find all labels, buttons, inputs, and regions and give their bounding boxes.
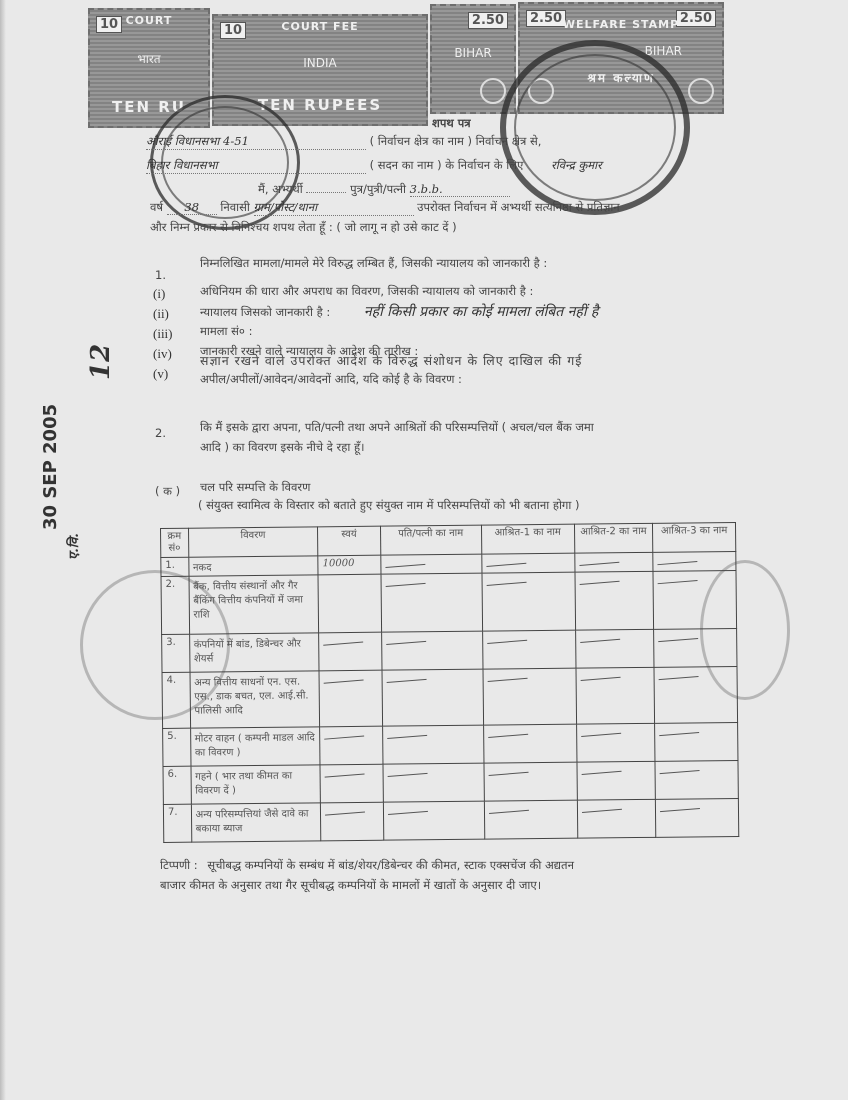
col-header-description: विवरण (188, 527, 318, 557)
cell-sn: 7. (163, 804, 191, 842)
header-line-1: औराई विधानसभा 4-51 ( निर्वाचन क्षेत्र का… (146, 134, 541, 150)
form-title: शपथ पत्र (432, 116, 471, 131)
court-label: न्यायालय जिसको जानकारी है : (200, 305, 330, 319)
constituency-label: ( निर्वाचन क्षेत्र का नाम ) निर्वाचन क्ष… (370, 134, 542, 148)
cell-dependent-3 (656, 798, 739, 837)
cell-dependent-2 (575, 571, 654, 630)
movable-assets-table: क्रम सं० विवरण स्वयं पति/पत्नी का नाम आश… (160, 522, 739, 843)
cell-dependent-3 (653, 570, 736, 629)
cell-sn: 6. (163, 766, 191, 804)
stamp-denomination: 2.50 (468, 12, 508, 29)
page-edge (0, 0, 6, 1100)
cell-dependent-2 (577, 761, 656, 800)
item-text: सज्ञान रखने वाले उपरोक्त आदेश के विरुद्ध… (200, 352, 582, 369)
cell-sn: 3. (162, 634, 190, 672)
cell-dependent-2 (576, 723, 655, 762)
cell-dependent-1 (484, 762, 577, 801)
relation-handwritten: 3.b.b. (410, 182, 510, 197)
cell-dependent-1 (481, 553, 574, 573)
header-line-5: और निम्न प्रकार से विनिश्चय शपथ लेता हूँ… (150, 220, 457, 235)
cell-self (319, 670, 382, 727)
section1-intro: निम्नलिखित मामला/मामले मेरे विरुद्ध लम्ब… (200, 256, 547, 271)
table-row: 2. बैंक, वित्तीय संस्थानों और गैर बैंकिं… (161, 570, 737, 634)
cell-dependent-1 (483, 668, 577, 725)
note-line-1: टिप्पणी : सूचीबद्ध कम्पनियों के सम्बंध म… (160, 858, 574, 873)
note-label: टिप्पणी : (160, 858, 198, 872)
table-row: 4. अन्य वित्तीय साधनों एन. एस. एस., डाक … (162, 666, 738, 728)
cell-spouse (381, 573, 483, 632)
item-text: अधिनियम की धारा और अपराध का विवरण, जिसकी… (200, 284, 533, 299)
cell-description: मोटर वाहन ( कम्पनी माडल आदि का विवरण ) (190, 727, 320, 766)
cell-self (320, 764, 383, 803)
header-line-2: बिहार विधानसभा ( सदन का नाम ) के निर्वाच… (146, 158, 602, 174)
item-num: (i) (153, 286, 165, 302)
candidate-label: मैं, अभ्यर्थी (258, 182, 303, 196)
section-ka-title: चल परि सम्पत्ति के विवरण (200, 480, 310, 495)
note-line-2: बाजार कीमत के अनुसार तथा गैर सूचीबद्ध कम… (160, 878, 541, 893)
relation-label: पुत्र/पुत्री/पत्नी (350, 182, 406, 196)
cell-sn: 4. (162, 672, 190, 728)
cell-spouse (383, 763, 485, 802)
table-row: 5. मोटर वाहन ( कम्पनी माडल आदि का विवरण … (163, 722, 738, 766)
section-ka-subtitle: ( संयुक्त स्वामित्व के विस्तार को बताते … (198, 498, 580, 513)
cell-sn: 1. (161, 557, 189, 576)
rosette-icon (480, 78, 506, 104)
cell-description: बैंक, वित्तीय संस्थानों और गैर बैंकिंग व… (189, 575, 319, 634)
cell-dependent-3 (654, 628, 737, 667)
item-num: (iii) (153, 326, 173, 342)
cell-dependent-2 (577, 799, 656, 838)
cell-self (319, 632, 382, 671)
col-header-dependent-3: आश्रित-3 का नाम (653, 522, 736, 552)
age-label: वर्ष (150, 200, 163, 214)
cell-description: गहने ( भार तथा कीमत का विवरण दें ) (191, 765, 321, 804)
age-handwritten: 38 (167, 200, 217, 215)
cell-dependent-1 (484, 800, 577, 839)
item-num: (v) (153, 366, 168, 382)
item-text: न्यायालय जिसको जानकारी है : नहीं किसी प्… (200, 302, 598, 321)
house-handwritten: बिहार विधानसभा (146, 158, 366, 174)
cell-description: अन्य वित्तीय साधनों एन. एस. एस., डाक बचत… (190, 671, 320, 728)
stamp-middle-text: BIHAR (432, 46, 514, 60)
col-header-self: स्वयं (318, 526, 381, 556)
constituency-handwritten: औराई विधानसभा 4-51 (146, 134, 366, 150)
item-num: (iv) (153, 346, 172, 362)
col-header-spouse: पति/पत्नी का नाम (380, 525, 481, 555)
court-handwritten: नहीं किसी प्रकार का कोई मामला लंबित नहीं… (364, 304, 598, 320)
candidate-name-handwritten: रविन्द्र कुमार (551, 158, 602, 172)
stamp-top-text: COURT (90, 14, 208, 27)
cell-dependent-3 (654, 666, 737, 723)
house-label: ( सदन का नाम ) के निर्वाचन के लिए (370, 158, 524, 172)
cell-description: कंपनियों में बांड, डिबेन्चर और शेयर्स (189, 633, 319, 672)
col-header-dependent-2: आश्रित-2 का नाम (574, 523, 653, 553)
cell-self: 10000 (318, 555, 380, 575)
cell-dependent-1 (482, 630, 575, 669)
item-num: (ii) (153, 306, 169, 322)
handwritten-initial: ए.वि. (64, 533, 82, 560)
cell-spouse (380, 554, 481, 574)
section2-number: 2. (155, 426, 166, 440)
stamp-top-text: WELFARE STAMP (520, 18, 722, 31)
cell-dependent-1 (482, 572, 576, 631)
cell-dependent-2 (575, 629, 654, 668)
header-line-4: वर्ष 38 निवासी ग्राम/पोस्ट/थाना उपरोक्त … (150, 200, 620, 216)
section-ka-label: ( क ) (155, 484, 180, 499)
header-line-3: मैं, अभ्यर्थी पुत्र/पुत्री/पत्नी 3.b.b. (258, 182, 510, 197)
table-row: 7. अन्य परिसम्पत्तियां जैसे दावे का बकाय… (163, 798, 738, 842)
item-text: अपील/अपीलों/आवेदन/आवेदनों आदि, यदि कोई ह… (200, 372, 462, 387)
cell-dependent-2 (574, 552, 653, 572)
cell-spouse (382, 669, 484, 726)
cell-dependent-3 (655, 722, 738, 761)
stamp-top-text: COURT FEE (214, 20, 426, 33)
table-row: 6. गहने ( भार तथा कीमत का विवरण दें ) (163, 760, 738, 804)
section2-line2: आदि ) का विवरण इसके नीचे दे रहा हूँ। (200, 440, 364, 455)
cell-description: नकद (188, 556, 318, 576)
cell-dependent-1 (483, 724, 576, 763)
cell-dependent-3 (655, 760, 738, 799)
residence-handwritten: ग्राम/पोस्ट/थाना (254, 200, 414, 216)
stamp-middle-text: भारत (90, 50, 208, 67)
cell-self (321, 802, 384, 841)
stamp-middle-text: INDIA (214, 56, 426, 70)
section2-line1: कि मैं इसके द्वारा अपना, पति/पत्नी तथा अ… (200, 420, 594, 435)
cell-spouse (381, 631, 483, 670)
note-text-1: सूचीबद्ध कम्पनियों के सम्बंध में बांड/शे… (207, 858, 574, 872)
table-row: 3. कंपनियों में बांड, डिबेन्चर और शेयर्स (162, 628, 737, 672)
rosette-icon (688, 78, 714, 104)
received-date-stamp: 30 SEP 2005 (40, 404, 61, 530)
affirmation-label: उपरोक्त निर्वाचन में अभ्यर्थी सत्यनिष्ठा… (417, 200, 620, 214)
official-seal-right (500, 40, 690, 215)
item-text: मामला सं० : (200, 324, 252, 339)
cell-description: अन्य परिसम्पत्तियां जैसे दावे का बकाया ब… (191, 803, 321, 842)
handwritten-number: 12 (86, 344, 116, 380)
cell-dependent-2 (576, 667, 655, 724)
cell-self (320, 726, 383, 765)
section1-number: 1. (155, 268, 166, 282)
col-header-sn: क्रम सं० (161, 528, 189, 557)
cell-sn: 5. (163, 728, 191, 766)
cell-self (318, 574, 381, 633)
col-header-dependent-1: आश्रित-1 का नाम (481, 524, 574, 554)
bihar-stamp: 2.50 BIHAR (430, 4, 516, 114)
cell-spouse (383, 801, 485, 840)
residence-label: निवासी (220, 200, 250, 214)
cell-sn: 2. (161, 576, 189, 634)
cell-spouse (382, 725, 484, 764)
cell-dependent-3 (653, 551, 736, 571)
